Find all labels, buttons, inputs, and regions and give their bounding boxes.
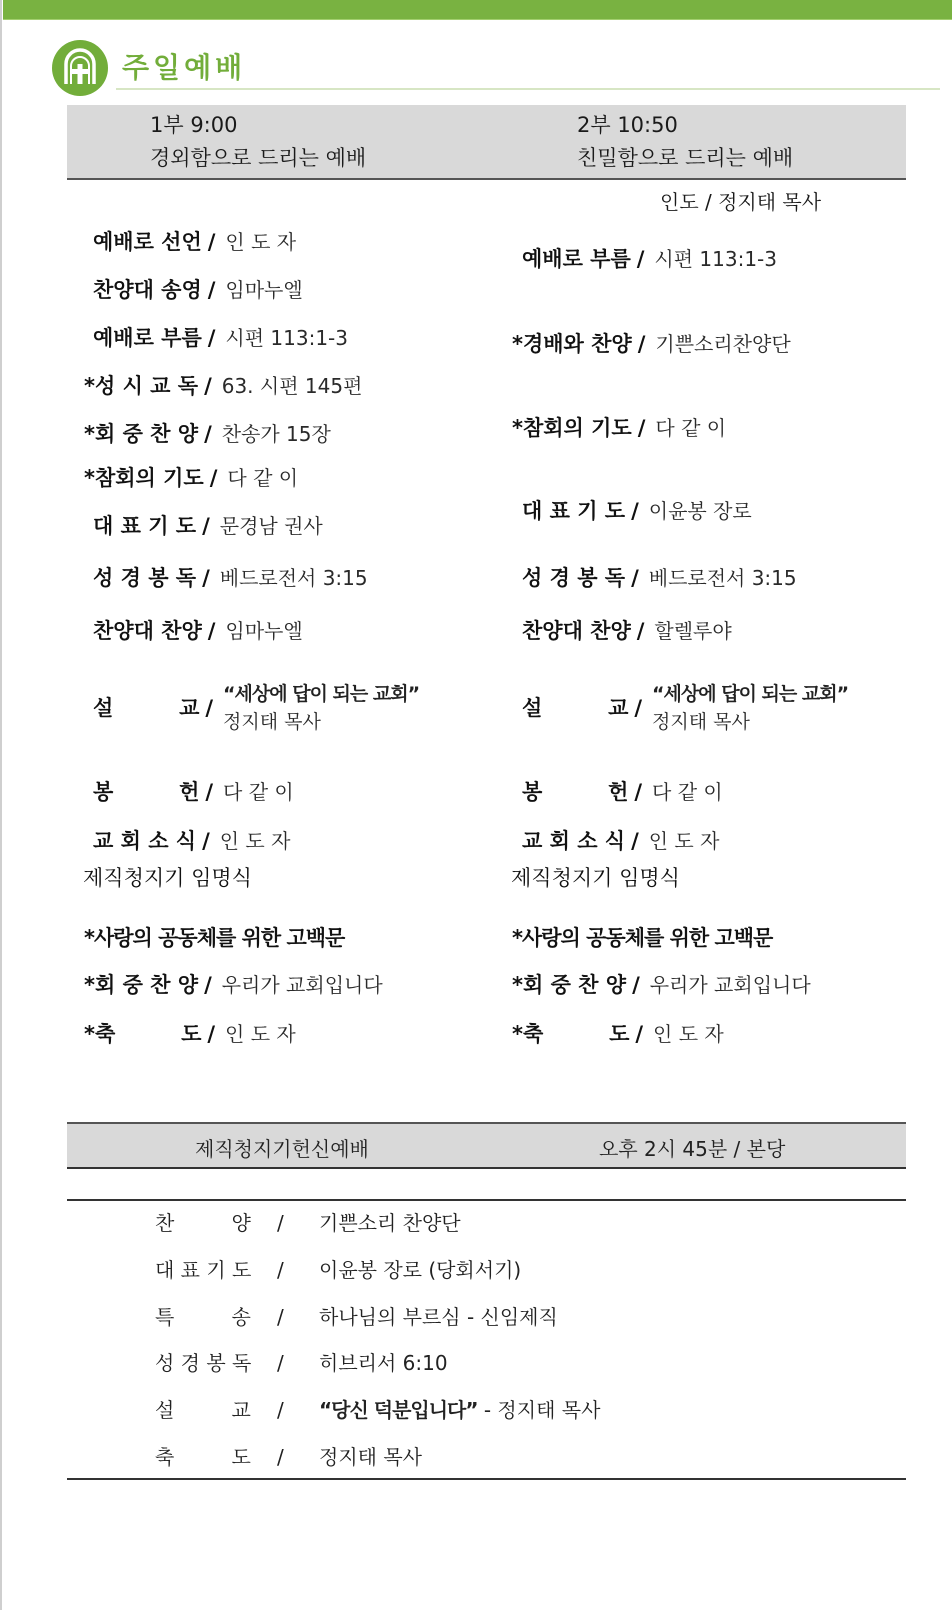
- top-accent-bar: [3, 0, 952, 20]
- divider: [67, 1478, 906, 1480]
- sermon-speaker: 정지태 목사: [652, 708, 848, 736]
- second-service-subtitle: 친밀함으로 드리는 예배: [577, 142, 793, 175]
- order-item: 봉 헌/다 같 이: [522, 778, 723, 806]
- first-service-subtitle: 경외함으로 드리는 예배: [150, 142, 366, 175]
- order-item-confession: *사랑의 공동체를 위한 고백문: [84, 922, 344, 952]
- second-service-heading: 2부 10:50 친밀함으로 드리는 예배: [577, 109, 793, 175]
- order-item: *경배와 찬양/기쁜소리찬양단: [512, 330, 791, 358]
- sermon-title: “세상에 답이 되는 교회”: [652, 680, 848, 708]
- order-item: 찬양대 찬양/할렐루야: [522, 617, 732, 645]
- evening-order-item-sermon: 설 교/ “당신 덕분입니다” - 정지태 목사: [155, 1396, 600, 1424]
- order-item: 교 회 소 식/인 도 자: [93, 827, 290, 855]
- order-item-sermon: 설 교/ “세상에 답이 되는 교회” 정지태 목사: [522, 680, 848, 736]
- title-underline: [116, 88, 940, 90]
- order-item: 찬양대 찬양/임마누엘: [93, 617, 303, 645]
- first-service-time: 1부 9:00: [150, 109, 366, 142]
- order-item: 찬양대 송영/임마누엘: [93, 276, 303, 304]
- order-item: 봉 헌/다 같 이: [93, 778, 294, 806]
- sermon-title: “당신 덕분입니다”: [319, 1398, 478, 1422]
- order-item: 성 경 봉 독/베드로전서 3:15: [522, 564, 797, 592]
- order-item: *참회의 기도/다 같 이: [512, 414, 726, 442]
- order-item: 예배로 부름/시편 113:1-3: [93, 324, 348, 352]
- order-item: *축 도/인 도 자: [84, 1020, 296, 1048]
- order-item: 대 표 기 도/문경남 권사: [93, 512, 323, 540]
- evening-service-time-place: 오후 2시 45분 / 본당: [599, 1133, 785, 1162]
- second-service-time: 2부 10:50: [577, 109, 793, 142]
- order-item: *성 시 교 독/63. 시편 145편: [84, 372, 362, 400]
- order-item-ceremony: 제직청지기 임명식: [83, 862, 252, 892]
- evening-order-item: 특 송/하나님의 부르심 - 신임제직: [155, 1303, 558, 1331]
- section-title-block: 주일예배: [52, 40, 892, 96]
- page-left-border: [0, 0, 2, 1610]
- order-item: *참회의 기도/다 같 이: [84, 464, 298, 492]
- second-service-leader: 인도 / 정지태 목사: [660, 186, 821, 215]
- order-item: *축 도/인 도 자: [512, 1020, 724, 1048]
- evening-order-item: 성 경 봉 독/히브리서 6:10: [155, 1349, 448, 1377]
- first-service-heading: 1부 9:00 경외함으로 드리는 예배: [150, 109, 366, 175]
- order-item: 교 회 소 식/인 도 자: [522, 827, 719, 855]
- service-times-header: 1부 9:00 경외함으로 드리는 예배 2부 10:50 친밀함으로 드리는 …: [67, 105, 906, 180]
- order-item: *회 중 찬 양/우리가 교회입니다: [512, 971, 811, 999]
- divider: [67, 1199, 906, 1201]
- evening-service-header: 제직청지기헌신예배 오후 2시 45분 / 본당: [67, 1122, 906, 1169]
- church-arch-cross-icon: [52, 40, 108, 96]
- order-item: 예배로 선언/인 도 자: [93, 228, 296, 256]
- sermon-speaker: - 정지태 목사: [478, 1398, 601, 1422]
- order-item: 대 표 기 도/이윤봉 장로: [522, 497, 752, 525]
- sermon-title: “세상에 답이 되는 교회”: [223, 680, 419, 708]
- evening-order-item: 대 표 기 도/이윤봉 장로 (당회서기): [155, 1256, 521, 1284]
- order-item: 성 경 봉 독/베드로전서 3:15: [93, 564, 368, 592]
- evening-service-title: 제직청지기헌신예배: [195, 1133, 369, 1162]
- evening-order-item: 찬 양/기쁜소리 찬양단: [155, 1209, 461, 1237]
- order-item-ceremony: 제직청지기 임명식: [511, 862, 680, 892]
- page-title: 주일예배: [122, 46, 246, 86]
- order-item: *회 중 찬 양/우리가 교회입니다: [84, 971, 383, 999]
- evening-order-item: 축 도/정지태 목사: [155, 1443, 422, 1471]
- sermon-speaker: 정지태 목사: [223, 708, 419, 736]
- order-item: 예배로 부름/시편 113:1-3: [522, 245, 777, 273]
- order-item-confession: *사랑의 공동체를 위한 고백문: [512, 922, 772, 952]
- order-item: *회 중 찬 양/찬송가 15장: [84, 420, 331, 448]
- order-item-sermon: 설 교/ “세상에 답이 되는 교회” 정지태 목사: [93, 680, 419, 736]
